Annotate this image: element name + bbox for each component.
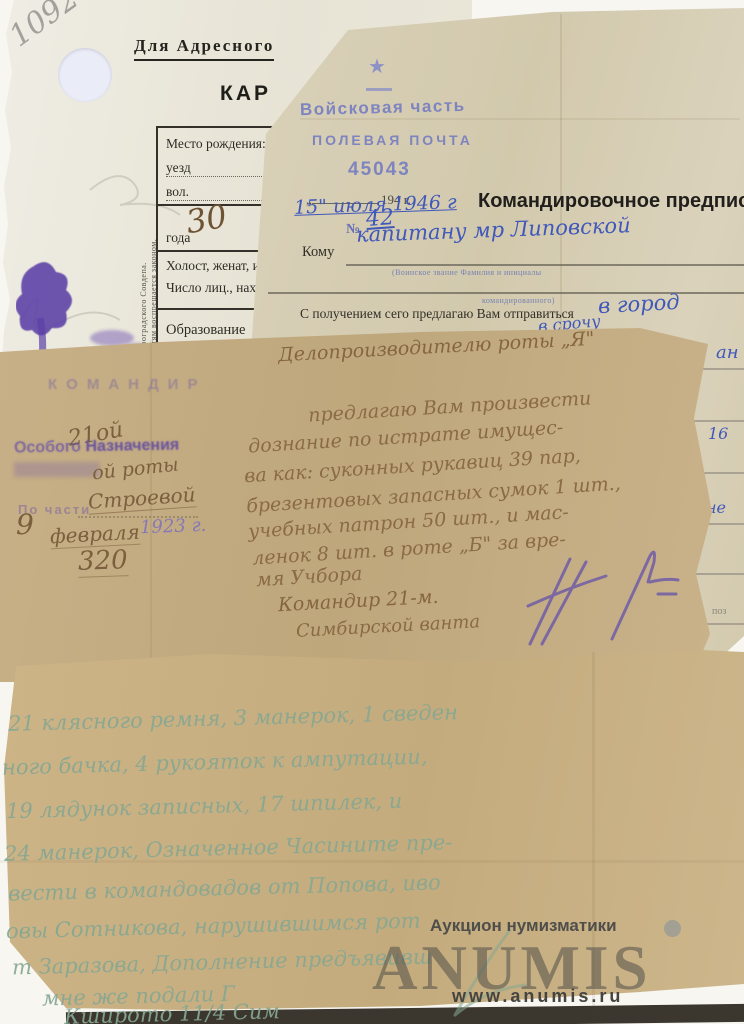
watermark-circle-icon: [664, 920, 681, 937]
scanned-documents-photo: 1092 Для Адресного КАР Петроградского Со…: [0, 0, 744, 1024]
watermark: Аукцион нумизматики ANUMIS www.anumis.ru: [0, 0, 744, 1024]
watermark-url: www.anumis.ru: [452, 986, 623, 1007]
